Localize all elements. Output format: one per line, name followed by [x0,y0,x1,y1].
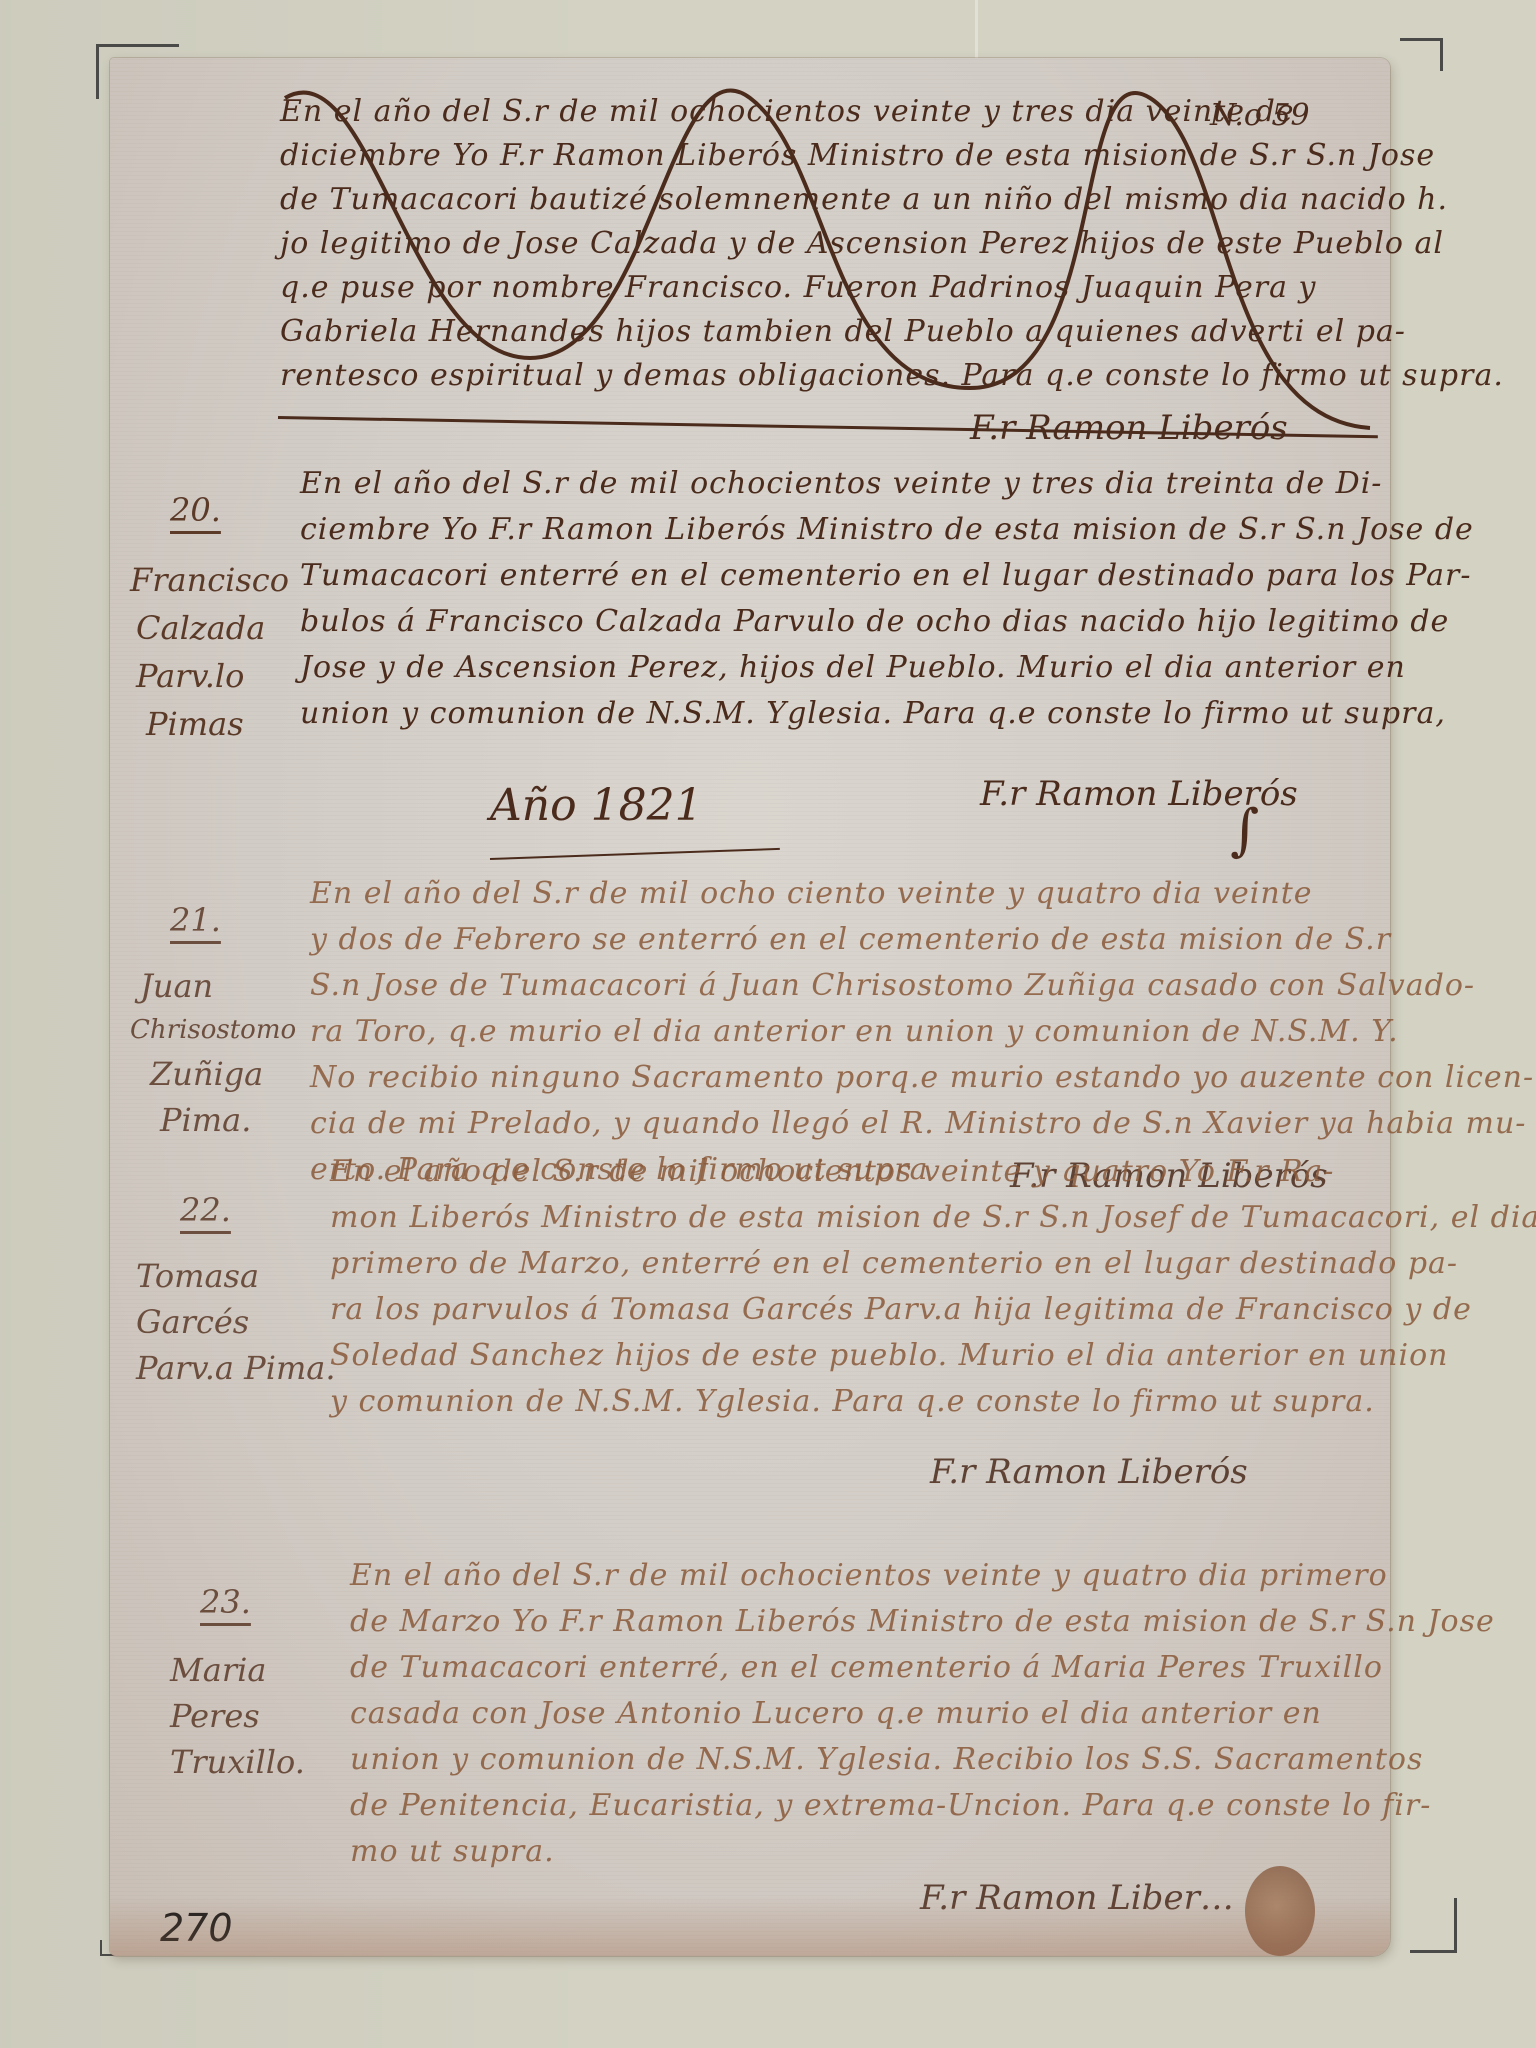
entry-line: y dos de Febrero se enterró en el cement… [310,922,1391,957]
entry-line: bulos á Francisco Calzada Parvulo de och… [300,604,1449,639]
margin-name-line: Francisco [130,558,289,602]
margin-name-line: Parv.a Pima. [136,1346,336,1390]
entry-line: Gabriela Hernandes hijos tambien del Pue… [280,314,1406,349]
margin-name-line: Pimas [146,702,244,746]
folio-number: 270 [160,1906,233,1950]
mount-seam [975,0,978,60]
entry-line: union y comunion de N.S.M. Yglesia. Reci… [350,1742,1423,1777]
entry-line: Tumacacori enterré en el cementerio en e… [300,558,1472,593]
manuscript-page: En el año del S.r de mil ochocientos vei… [110,58,1390,1956]
margin-name-line: Zuñiga [150,1052,263,1096]
entry-line: rentesco espiritual y demas obligaciones… [280,358,1504,393]
top-right-number: N.o 59 [1210,98,1310,133]
signature: F.r Ramon Liberós [970,408,1288,448]
entry-line: mon Liberós Ministro de esta mision de S… [330,1200,1536,1235]
entry-line: ciembre Yo F.r Ramon Liberós Ministro de… [300,512,1474,547]
year-underline [490,848,780,860]
entry-line: jo legitimo de Jose Calzada y de Ascensi… [280,226,1444,261]
year-heading: Año 1821 [490,780,703,831]
entry-line: y comunion de N.S.M. Yglesia. Para q.e c… [330,1384,1375,1419]
entry-line: S.n Jose de Tumacacori á Juan Chrisostom… [310,968,1475,1003]
entry-line: mo ut supra. [350,1834,555,1869]
margin-name-line: Truxillo. [170,1740,305,1784]
margin-name-line: Juan [140,964,213,1008]
entry-line: En el año del S.r de mil ochocientos vei… [350,1558,1388,1593]
entry-line: ra los parvulos á Tomasa Garcés Parv.a h… [330,1292,1472,1327]
entry-number: 20. [170,488,221,532]
entry-line: En el año del S.r de mil ochocientos vei… [330,1154,1334,1189]
corner-mark-top-right [1400,38,1443,71]
entry-line: ra Toro, q.e murio el dia anterior en un… [310,1014,1399,1049]
entry-line: de Tumacacori enterré, en el cementerio … [350,1650,1383,1685]
entry-line: En el año del S.r de mil ochocientos vei… [300,466,1382,501]
entry-line: primero de Marzo, enterré en el cementer… [330,1246,1458,1281]
entry-line: Soledad Sanchez hijos de este pueblo. Mu… [330,1338,1448,1373]
signature: F.r Ramon Liber… [920,1878,1234,1918]
entry-number: 23. [200,1580,251,1624]
entry-line: Jose y de Ascension Perez, hijos del Pue… [300,650,1406,685]
margin-name-line: Garcés [136,1300,249,1344]
margin-name-line: Chrisostomo [130,1008,296,1052]
margin-name-line: Parv.lo [136,654,244,698]
entry-line: casada con Jose Antonio Lucero q.e murio… [350,1696,1322,1731]
margin-name-line: Calzada [136,606,265,650]
entry-line: En el año del S.r de mil ocho ciento vei… [310,876,1313,911]
signature: F.r Ramon Liberós [930,1452,1248,1492]
entry-line: union y comunion de N.S.M. Yglesia. Para… [300,696,1446,731]
entry-line: cia de mi Prelado, y quando llegó el R. … [310,1106,1526,1141]
entry-line: diciembre Yo F.r Ramon Liberós Ministro … [280,138,1435,173]
entry-line: q.e puse por nombre Francisco. Fueron Pa… [280,270,1316,305]
entry-line: En el año del S.r de mil ochocientos vei… [280,94,1295,129]
entry-line: de Marzo Yo F.r Ramon Liberós Ministro d… [350,1604,1495,1639]
margin-name-line: Pima. [160,1098,251,1142]
margin-name-line: Maria [170,1648,266,1692]
rubric-flourish: ∫ [1230,798,1259,863]
margin-name-line: Tomasa [136,1254,259,1298]
entry-line: de Tumacacori bautizé solemnemente a un … [280,182,1448,217]
wax-seal-stain [1245,1866,1315,1956]
entry-line: No recibio ninguno Sacramento porq.e mur… [310,1060,1534,1095]
entry-line: de Penitencia, Eucaristia, y extrema-Unc… [350,1788,1431,1823]
entry-number: 22. [180,1188,231,1232]
margin-name-line: Peres [170,1694,260,1738]
entry-number: 21. [170,898,221,942]
corner-mark-bottom-right [1410,1898,1457,1953]
